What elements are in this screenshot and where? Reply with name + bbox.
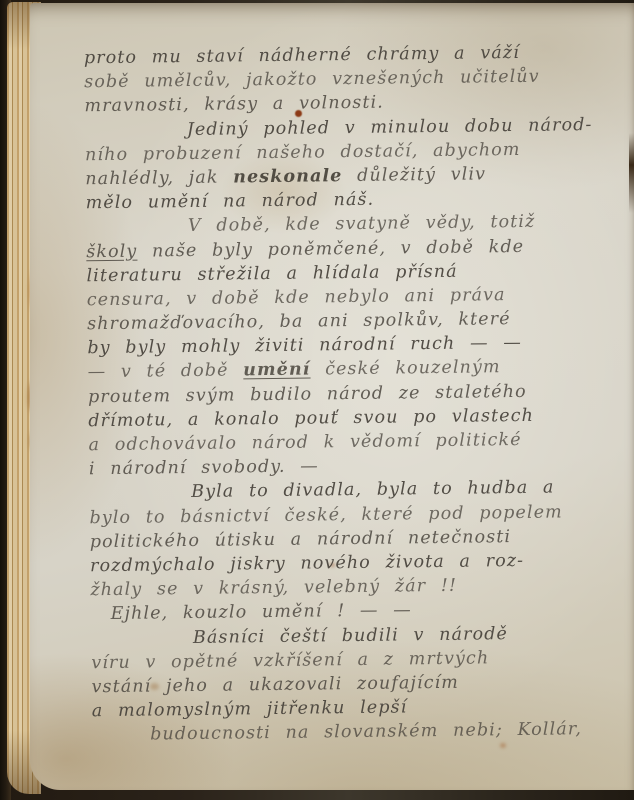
text-segment: nahlédly, jak — [85, 167, 233, 189]
handwritten-text: proto mu staví nádherné chrámy a váží so… — [84, 40, 623, 748]
manuscript-photo: proto mu staví nádherné chrámy a váží so… — [0, 0, 634, 800]
text-segment: důležitý vliv — [342, 164, 486, 186]
manuscript-line: budoucnosti na slovanském nebi; Kollár, — [92, 717, 622, 748]
photo-edge-mark — [629, 133, 634, 213]
emphasized-word: školy — [86, 241, 137, 262]
text-segment: — v té době — [88, 361, 244, 383]
emphasized-word: umění — [243, 360, 310, 381]
text-segment: naše byly poněmčené, v době kde — [137, 236, 524, 261]
text-segment: české kouzelným — [310, 358, 500, 380]
foxing-spot — [500, 743, 506, 748]
manuscript-page: proto mu staví nádherné chrámy a váží so… — [30, 3, 634, 790]
emphasized-word: neskonale — [233, 166, 343, 187]
